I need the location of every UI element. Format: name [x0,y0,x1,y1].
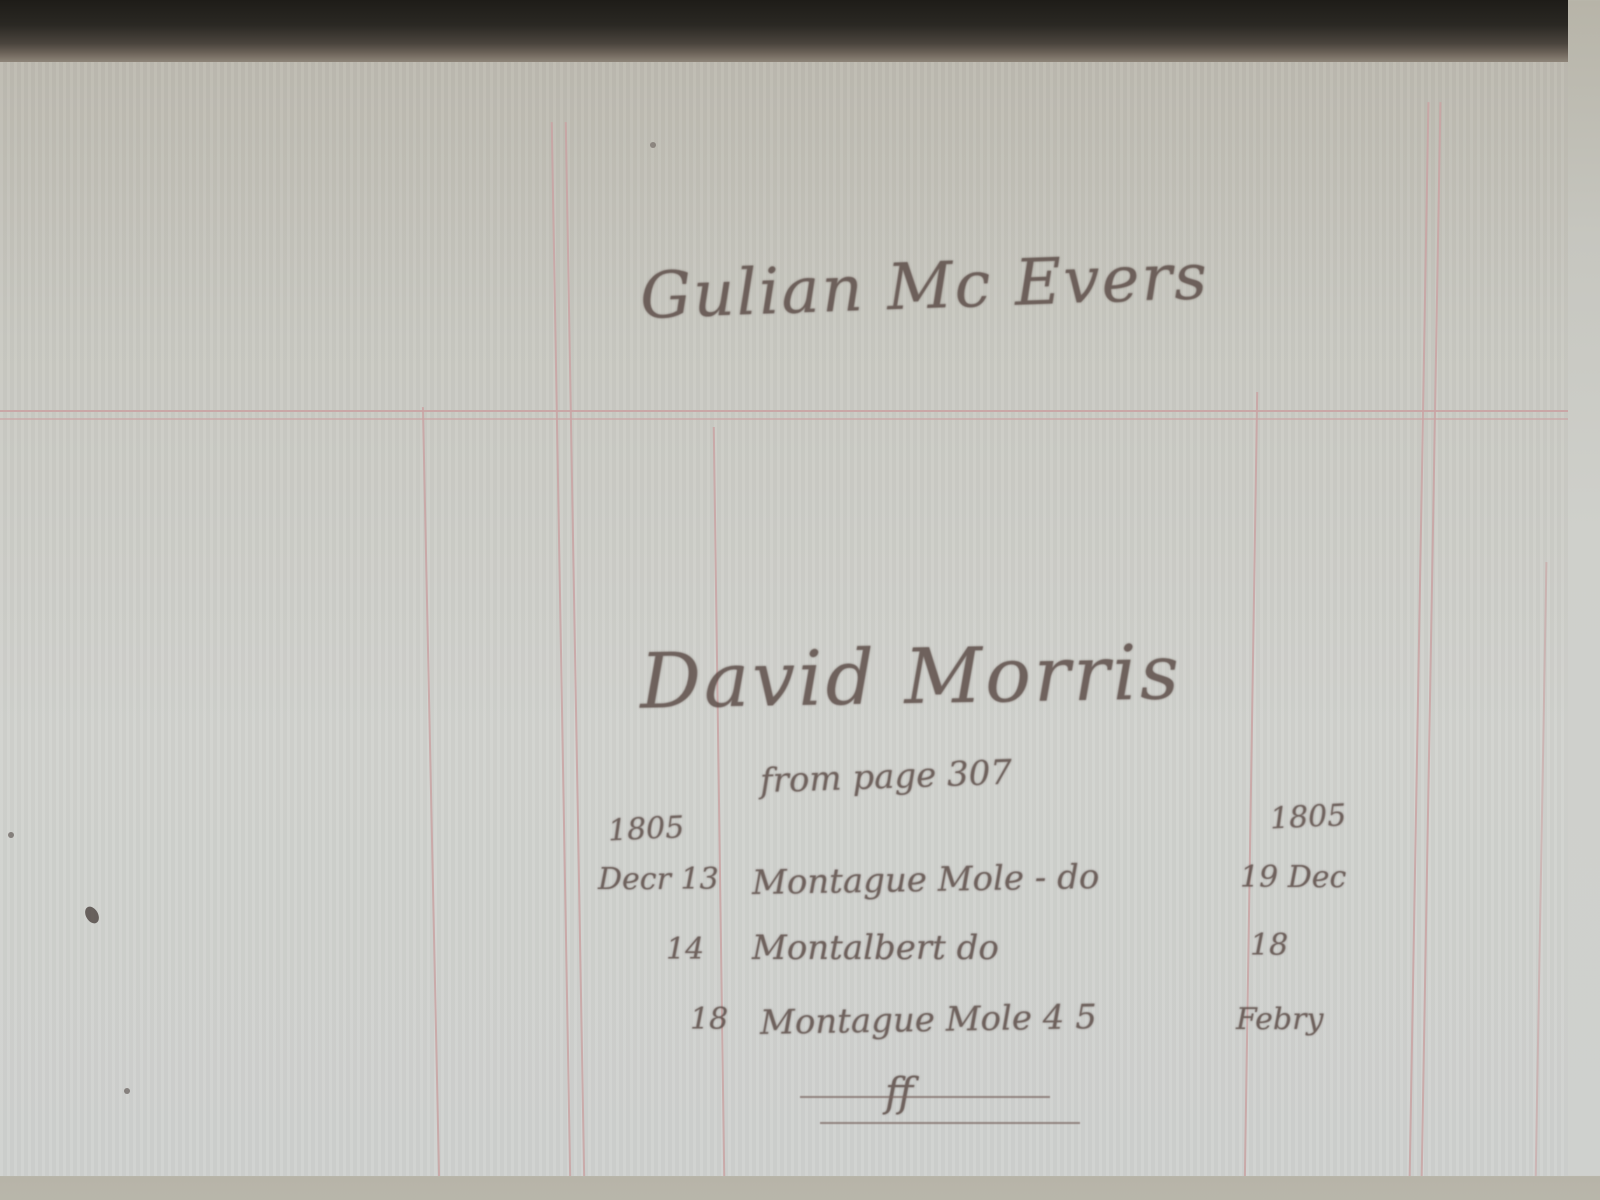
account-heading: Gulian Mc Evers [639,240,1210,334]
ink-spot [650,142,656,148]
entry-ref: 18 [1250,928,1288,963]
ink-spot [82,904,101,926]
entry-date: 14 [666,932,704,967]
header-rule [0,410,1568,412]
year-left: 1805 [607,810,685,849]
column-rule [1244,392,1258,1176]
ink-spot [8,832,14,838]
entry-description: Montague Mole 4 5 [760,997,1098,1043]
entry-ref: Febry [1236,1002,1323,1037]
ink-spot [124,1088,130,1094]
entry-ref: 19 Dec [1240,860,1346,895]
column-rule [422,407,440,1176]
column-rule [1535,562,1548,1176]
account-name: David Morris [639,627,1182,725]
year-right: 1805 [1269,798,1347,837]
column-rule [713,427,725,1176]
entry-date: Decr 13 [598,862,719,897]
ledger-page: Gulian Mc Evers David Morris from page 3… [0,62,1568,1176]
book-binding-edge [0,0,1568,62]
closing-rule [820,1122,1080,1124]
entry-date: 18 [690,1002,728,1037]
header-rule-2 [0,418,1568,420]
entry-description: Montalbert do [752,928,999,968]
column-rule-double-a [1409,102,1430,1176]
closing-flourish: ff [885,1070,913,1116]
closing-rule [800,1096,1050,1098]
entry-description: Montague Mole - do [752,857,1100,903]
carried-from-note: from page 307 [759,753,1012,802]
